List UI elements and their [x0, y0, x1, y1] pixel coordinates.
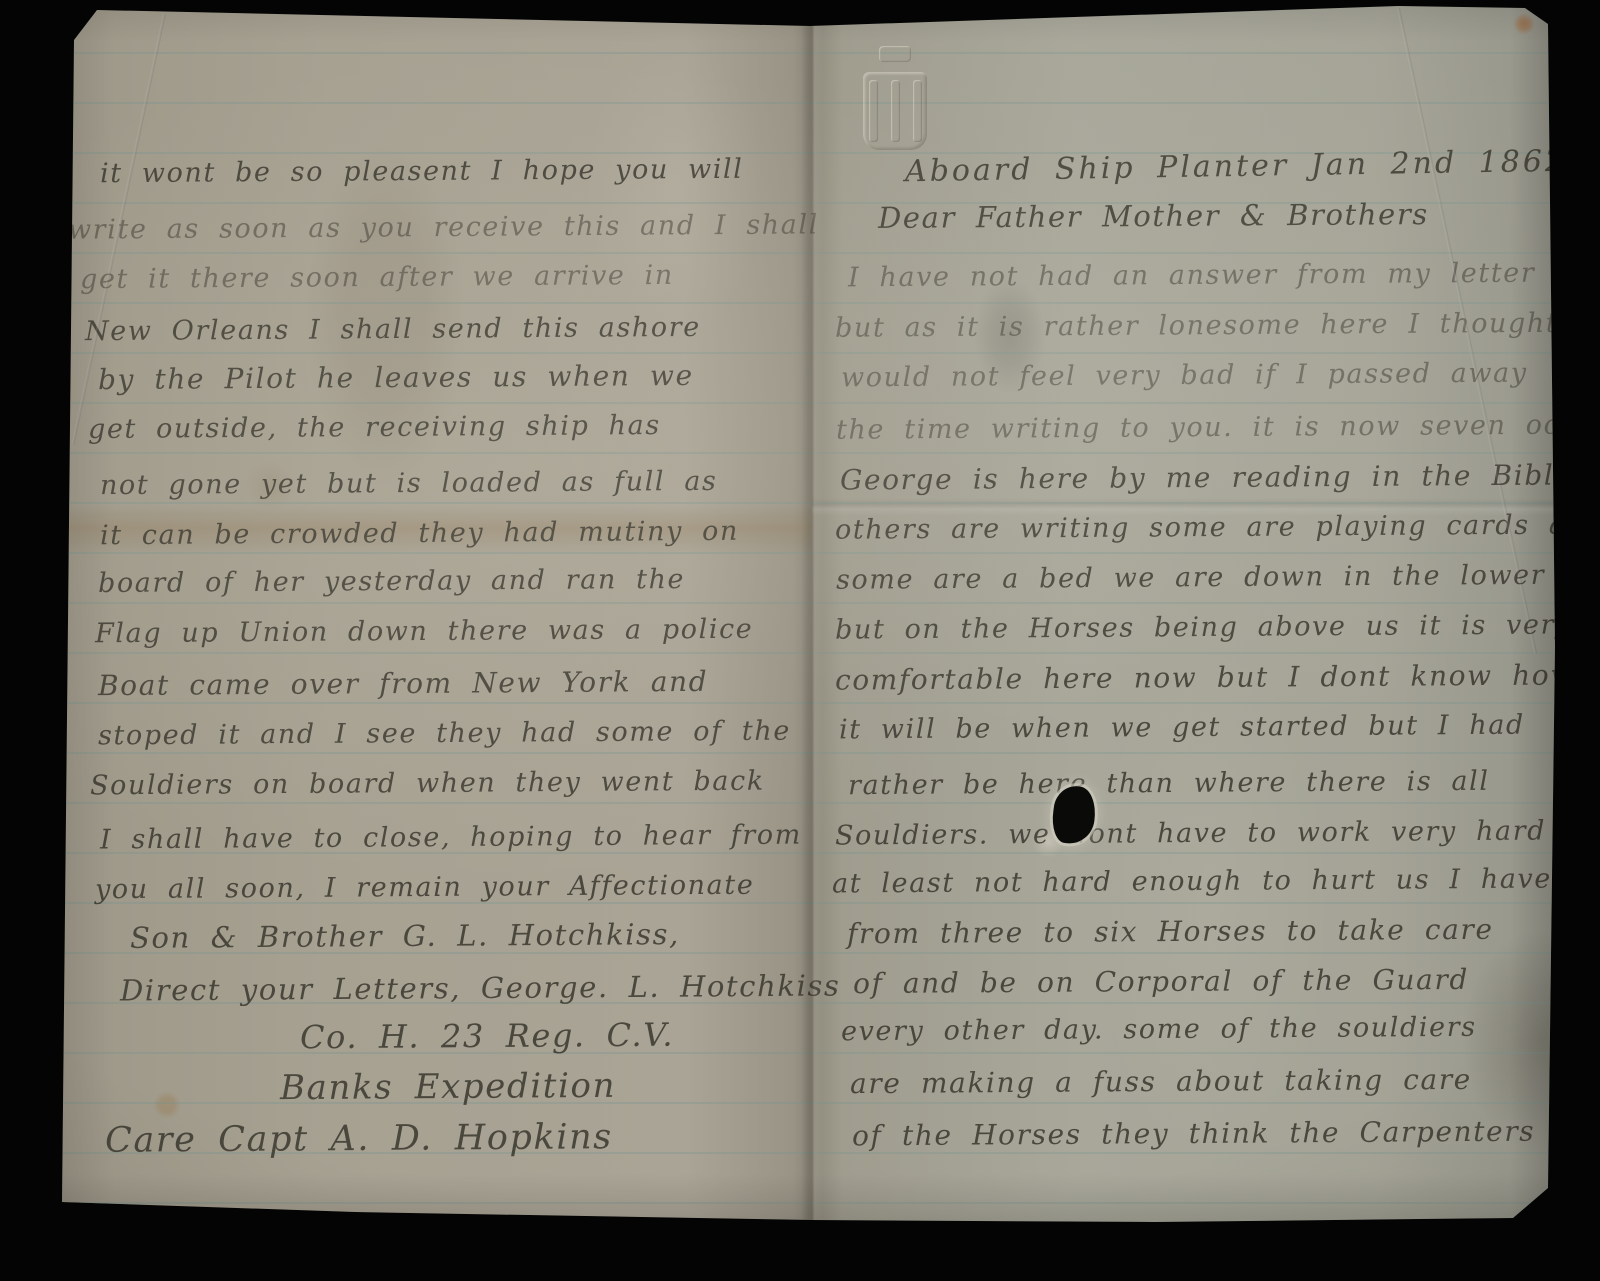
handwritten-line: others are writing some are playing card…: [835, 511, 1600, 543]
handwritten-line: Flag up Union down there was a police: [95, 616, 754, 648]
address-line: Banks Expedition: [280, 1069, 616, 1105]
photo-background: it wont be so pleasent I hope you will w…: [0, 0, 1600, 1281]
handwritten-line: rather be here than where there is all: [848, 768, 1490, 799]
handwritten-line: stoped it and I see they had some of the: [98, 718, 791, 750]
handwritten-line: Souldiers. we dont have to work very har…: [835, 818, 1546, 850]
handwritten-line: not gone yet but is loaded as full as: [100, 468, 718, 499]
embossed-crest-bar: [891, 80, 900, 142]
handwritten-line: of the Horses they think the Carpenters: [852, 1118, 1535, 1151]
handwritten-line: you all soon, I remain your Affectionate: [95, 872, 755, 904]
handwritten-line: I have not had an answer from my letter: [848, 260, 1536, 292]
handwritten-line: but as it is rather lonesome here I thou…: [835, 309, 1600, 342]
letter-sheet: it wont be so pleasent I hope you will w…: [55, 6, 1555, 1222]
handwritten-line: it can be crowded they had mutiny on: [100, 518, 739, 549]
signature-line: Son & Brother G. L. Hotchkiss,: [130, 920, 680, 953]
handwritten-line: from three to six Horses to take care: [847, 916, 1494, 949]
handwritten-line: would not feel very bad if I passed away: [841, 360, 1528, 392]
handwritten-line: Souldiers on board when they went back: [90, 768, 765, 800]
signature-line: Direct your Letters, George. L. Hotchkis…: [120, 971, 841, 1005]
handwritten-line: at least not hard enough to hurt us I ha…: [832, 865, 1552, 897]
address-line: Co. H. 23 Reg. C.V.: [300, 1019, 674, 1054]
handwritten-line: the time writing to you. it is now seven…: [836, 411, 1600, 443]
handwritten-line: get it there soon after we arrive in: [80, 262, 674, 293]
address-line: Care Capt A. D. Hopkins: [105, 1120, 613, 1159]
handwritten-line: some are a bed we are down in the lower …: [836, 561, 1600, 594]
embossed-crest-bar: [913, 80, 922, 142]
embossed-crest-crown: [879, 46, 911, 62]
handwritten-line: of and be on Corporal of the Guard: [853, 966, 1469, 998]
handwritten-line: New Orleans I shall send this ashore: [85, 314, 701, 345]
handwritten-line: every other day. some of the souldiers: [841, 1014, 1477, 1045]
handwritten-line: it will be when we get started but I had: [839, 712, 1525, 744]
handwritten-line: it wont be so pleasent I hope you will: [100, 156, 744, 187]
embossed-crest-bar: [869, 80, 878, 142]
handwritten-line: are making a fuss about taking care: [850, 1066, 1472, 1098]
handwritten-line: I shall have to close, hoping to hear fr…: [100, 822, 802, 854]
handwritten-line: by the Pilot he leaves us when we: [98, 362, 694, 394]
handwritten-line: write as soon as you receive this and I …: [68, 211, 819, 243]
handwritten-line: get outside, the receiving ship has: [88, 412, 661, 443]
embossed-crest: [853, 46, 937, 156]
handwritten-line: comfortable here now but I dont know how: [835, 661, 1576, 694]
letter-page-left: it wont be so pleasent I hope you will w…: [55, 6, 812, 1222]
handwritten-line: board of her yesterday and ran the: [98, 566, 685, 597]
salutation-line: Dear Father Mother & Brothers: [878, 200, 1429, 233]
handwritten-line: but on the Horses being above us it is v…: [835, 611, 1572, 643]
handwritten-line: George is here by me reading in the Bibl…: [840, 461, 1573, 494]
handwritten-line: Boat came over from New York and: [98, 668, 708, 700]
